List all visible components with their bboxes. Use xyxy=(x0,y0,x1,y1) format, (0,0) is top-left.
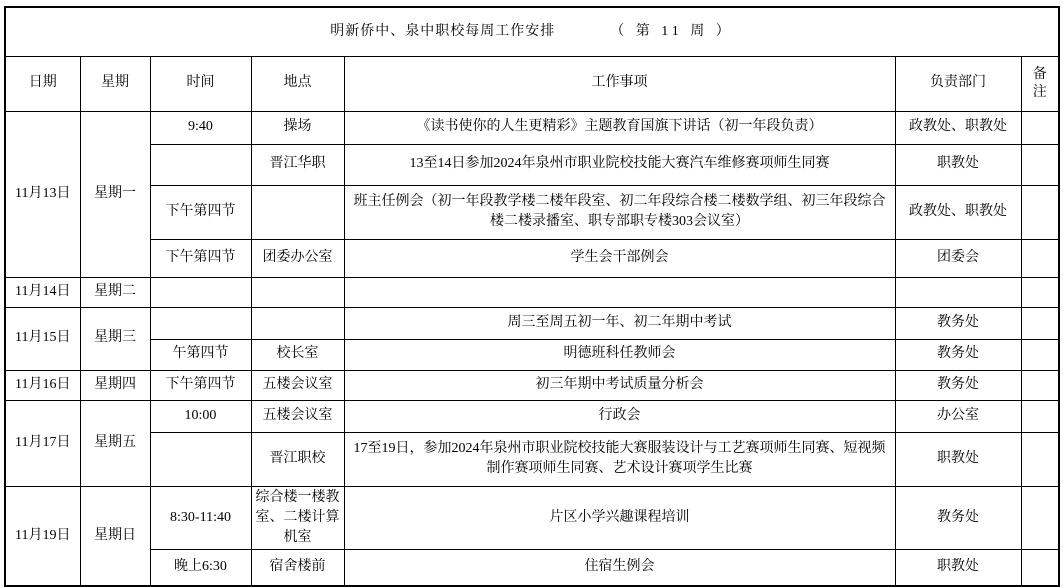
note-cell xyxy=(1021,277,1059,307)
table-row: 午第四节 校长室 明德班科任教师会 教务处 xyxy=(5,339,1059,370)
note-cell xyxy=(1021,185,1059,239)
time-cell: 9:40 xyxy=(150,111,251,144)
location-cell: 五楼会议室 xyxy=(251,400,344,432)
date-cell: 11月14日 xyxy=(5,277,80,307)
time-cell: 午第四节 xyxy=(150,339,251,370)
department-cell: 政教处、职教处 xyxy=(895,111,1021,144)
weekly-schedule-table: 明新侨中、泉中职校每周工作安排（ 第 11 周 ） 日期 星期 时间 地点 工作… xyxy=(4,6,1060,587)
task-cell: 《读书使你的人生更精彩》主题教育国旗下讲话（初一年段负责） xyxy=(344,111,895,144)
date-cell: 11月16日 xyxy=(5,370,80,400)
date-cell: 11月17日 xyxy=(5,400,80,486)
department-cell: 教务处 xyxy=(895,307,1021,339)
note-cell xyxy=(1021,307,1059,339)
task-cell: 周三至周五初一年、初二年期中考试 xyxy=(344,307,895,339)
table-row: 晋江职校 17至19日，参加2024年泉州市职业院校技能大赛服装设计与工艺赛项师… xyxy=(5,432,1059,486)
table-row: 晚上6:30 宿舍楼前 住宿生例会 职教处 xyxy=(5,550,1059,586)
column-header-department: 负责部门 xyxy=(895,56,1021,111)
location-cell: 团委办公室 xyxy=(251,239,344,277)
department-cell: 教务处 xyxy=(895,486,1021,550)
table-row: 晋江华职 13至14日参加2024年泉州市职业院校技能大赛汽车维修赛项师生同赛 … xyxy=(5,144,1059,185)
column-header-task: 工作事项 xyxy=(344,56,895,111)
department-cell: 职教处 xyxy=(895,550,1021,586)
table-row: 11月19日 星期日 8:30-11:40 综合楼一楼教室、二楼计算机室 片区小… xyxy=(5,486,1059,550)
table-row: 11月16日 星期四 下午第四节 五楼会议室 初三年期中考试质量分析会 教务处 xyxy=(5,370,1059,400)
date-cell: 11月13日 xyxy=(5,111,80,277)
task-cell: 学生会干部例会 xyxy=(344,239,895,277)
time-cell xyxy=(150,144,251,185)
note-cell xyxy=(1021,486,1059,550)
weekday-cell: 星期三 xyxy=(80,307,150,370)
time-cell: 10:00 xyxy=(150,400,251,432)
header-row: 日期 星期 时间 地点 工作事项 负责部门 备注 xyxy=(5,56,1059,111)
note-cell xyxy=(1021,239,1059,277)
time-cell: 8:30-11:40 xyxy=(150,486,251,550)
location-cell: 综合楼一楼教室、二楼计算机室 xyxy=(251,486,344,550)
location-cell xyxy=(251,277,344,307)
note-cell xyxy=(1021,550,1059,586)
location-cell: 宿舍楼前 xyxy=(251,550,344,586)
department-cell: 团委会 xyxy=(895,239,1021,277)
column-header-date: 日期 xyxy=(5,56,80,111)
note-cell xyxy=(1021,144,1059,185)
task-cell: 班主任例会（初一年段教学楼二楼年段室、初二年段综合楼二楼数学组、初三年段综合楼二… xyxy=(344,185,895,239)
time-cell xyxy=(150,277,251,307)
department-cell: 办公室 xyxy=(895,400,1021,432)
location-cell xyxy=(251,307,344,339)
note-cell xyxy=(1021,400,1059,432)
note-cell xyxy=(1021,111,1059,144)
column-header-location: 地点 xyxy=(251,56,344,111)
title-week-number: （ 第 11 周 ） xyxy=(610,24,733,39)
task-cell: 13至14日参加2024年泉州市职业院校技能大赛汽车维修赛项师生同赛 xyxy=(344,144,895,185)
location-cell: 操场 xyxy=(251,111,344,144)
location-cell: 晋江华职 xyxy=(251,144,344,185)
time-cell: 下午第四节 xyxy=(150,185,251,239)
department-cell: 教务处 xyxy=(895,370,1021,400)
note-cell xyxy=(1021,339,1059,370)
task-cell xyxy=(344,277,895,307)
column-header-note: 备注 xyxy=(1021,56,1059,111)
note-cell xyxy=(1021,432,1059,486)
page: 明新侨中、泉中职校每周工作安排（ 第 11 周 ） 日期 星期 时间 地点 工作… xyxy=(0,0,1063,583)
date-cell: 11月19日 xyxy=(5,486,80,586)
task-cell: 片区小学兴趣课程培训 xyxy=(344,486,895,550)
task-cell: 住宿生例会 xyxy=(344,550,895,586)
department-cell: 教务处 xyxy=(895,339,1021,370)
table-row: 11月13日 星期一 9:40 操场 《读书使你的人生更精彩》主题教育国旗下讲话… xyxy=(5,111,1059,144)
weekday-cell: 星期一 xyxy=(80,111,150,277)
time-cell: 晚上6:30 xyxy=(150,550,251,586)
task-cell: 初三年期中考试质量分析会 xyxy=(344,370,895,400)
time-cell: 下午第四节 xyxy=(150,239,251,277)
task-cell: 明德班科任教师会 xyxy=(344,339,895,370)
location-cell xyxy=(251,185,344,239)
weekday-cell: 星期二 xyxy=(80,277,150,307)
table-row: 下午第四节 班主任例会（初一年段教学楼二楼年段室、初二年段综合楼二楼数学组、初三… xyxy=(5,185,1059,239)
task-cell: 行政会 xyxy=(344,400,895,432)
task-cell: 17至19日，参加2024年泉州市职业院校技能大赛服装设计与工艺赛项师生同赛、短… xyxy=(344,432,895,486)
page-title: 明新侨中、泉中职校每周工作安排（ 第 11 周 ） xyxy=(5,7,1059,56)
weekday-cell: 星期日 xyxy=(80,486,150,586)
table-row: 下午第四节 团委办公室 学生会干部例会 团委会 xyxy=(5,239,1059,277)
weekday-cell: 星期四 xyxy=(80,370,150,400)
department-cell: 职教处 xyxy=(895,432,1021,486)
location-cell: 校长室 xyxy=(251,339,344,370)
table-row: 11月14日 星期二 xyxy=(5,277,1059,307)
location-cell: 晋江职校 xyxy=(251,432,344,486)
department-cell: 职教处 xyxy=(895,144,1021,185)
table-row: 11月17日 星期五 10:00 五楼会议室 行政会 办公室 xyxy=(5,400,1059,432)
table-row: 11月15日 星期三 周三至周五初一年、初二年期中考试 教务处 xyxy=(5,307,1059,339)
department-cell: 政教处、职教处 xyxy=(895,185,1021,239)
weekday-cell: 星期五 xyxy=(80,400,150,486)
note-cell xyxy=(1021,370,1059,400)
time-cell xyxy=(150,307,251,339)
title-row: 明新侨中、泉中职校每周工作安排（ 第 11 周 ） xyxy=(5,7,1059,56)
title-main: 明新侨中、泉中职校每周工作安排 xyxy=(330,24,555,39)
date-cell: 11月15日 xyxy=(5,307,80,370)
location-cell: 五楼会议室 xyxy=(251,370,344,400)
column-header-weekday: 星期 xyxy=(80,56,150,111)
department-cell xyxy=(895,277,1021,307)
time-cell: 下午第四节 xyxy=(150,370,251,400)
column-header-time: 时间 xyxy=(150,56,251,111)
time-cell xyxy=(150,432,251,486)
